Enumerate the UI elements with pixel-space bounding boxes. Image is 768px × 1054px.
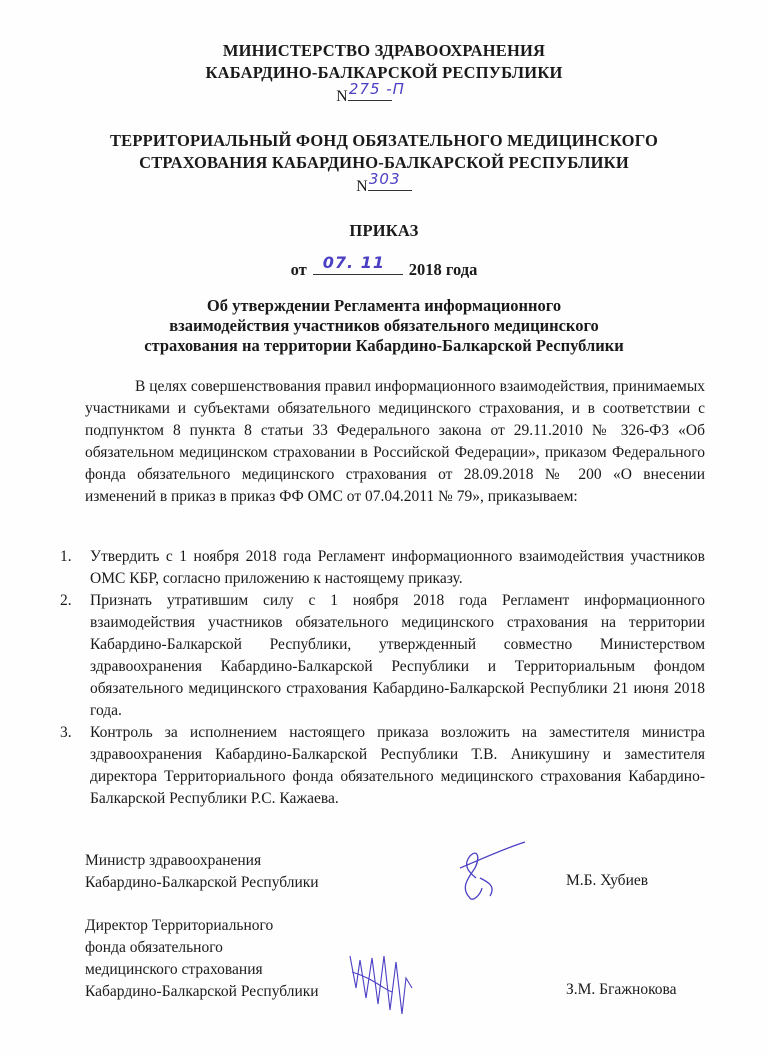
preamble-block: В целях совершенствования правил информа… — [85, 376, 705, 508]
order-items: 1. Утвердить с 1 ноября 2018 года Реглам… — [60, 546, 705, 810]
item-number: 2. — [60, 590, 72, 612]
item-text: Признать утратившим силу с 1 ноября 2018… — [90, 592, 705, 719]
position-line: Директор Территориального — [85, 915, 319, 937]
handwritten-fund-number: 303 — [369, 168, 401, 190]
signatory-director-position: Директор Территориального фонда обязател… — [85, 915, 319, 1003]
item-text: Контроль за исполнением настоящего прика… — [90, 724, 705, 807]
number-underline: 303 — [368, 174, 412, 191]
document-title: Об утверждении Регламента информационног… — [0, 296, 768, 356]
position-line: медицинского страхования — [85, 959, 319, 981]
item-text: Утвердить с 1 ноября 2018 года Регламент… — [90, 548, 705, 587]
signatory-minister-position: Министр здравоохранения Кабардино-Балкар… — [85, 850, 319, 894]
preamble-paragraph: В целях совершенствования правил информа… — [85, 376, 705, 508]
title-line3: страхования на территории Кабардино-Балк… — [0, 336, 768, 356]
title-line2: взаимодействия участников обязательного … — [0, 316, 768, 336]
signatory-director-name: З.М. Бгажнокова — [566, 981, 677, 999]
order-item: 3. Контроль за исполнением настоящего пр… — [60, 722, 705, 810]
ministry-number: N275 -П — [336, 84, 432, 108]
ministry-header: МИНИСТЕРСТВО ЗДРАВООХРАНЕНИЯ КАБАРДИНО-Б… — [0, 40, 768, 108]
handwritten-date: 07. 11 — [323, 253, 385, 272]
number-prefix: N — [336, 88, 348, 105]
number-prefix: N — [356, 178, 368, 195]
title-line1: Об утверждении Регламента информационног… — [0, 296, 768, 316]
order-date: от07. 112018 года — [0, 258, 768, 280]
item-number: 1. — [60, 546, 72, 568]
ministry-name-line1: МИНИСТЕРСТВО ЗДРАВООХРАНЕНИЯ — [0, 40, 768, 62]
order-label: ПРИКАЗ — [0, 220, 768, 242]
order-item: 2. Признать утратившим силу с 1 ноября 2… — [60, 590, 705, 722]
document-page: МИНИСТЕРСТВО ЗДРАВООХРАНЕНИЯ КАБАРДИНО-Б… — [0, 0, 768, 1054]
fund-header: ТЕРРИТОРИАЛЬНЫЙ ФОНД ОБЯЗАТЕЛЬНОГО МЕДИЦ… — [0, 130, 768, 198]
signature-minister-icon — [440, 838, 530, 908]
number-underline: 275 -П — [348, 84, 392, 101]
date-underline: 07. 11 — [313, 258, 403, 275]
fund-number: N303 — [356, 174, 412, 198]
position-line: Кабардино-Балкарской Республики — [85, 981, 319, 1003]
signatory-minister-name: М.Б. Хубиев — [566, 872, 648, 890]
position-line: Министр здравоохранения — [85, 850, 319, 872]
item-number: 3. — [60, 722, 72, 744]
date-suffix: 2018 года — [409, 260, 478, 279]
position-line: фонда обязательного — [85, 937, 319, 959]
date-prefix: от — [291, 260, 307, 279]
fund-name-line1: ТЕРРИТОРИАЛЬНЫЙ ФОНД ОБЯЗАТЕЛЬНОГО МЕДИЦ… — [0, 130, 768, 152]
order-item: 1. Утвердить с 1 ноября 2018 года Реглам… — [60, 546, 705, 590]
signature-director-icon — [342, 948, 432, 1018]
position-line: Кабардино-Балкарской Республики — [85, 872, 319, 894]
handwritten-ministry-number: 275 -П — [349, 78, 405, 100]
